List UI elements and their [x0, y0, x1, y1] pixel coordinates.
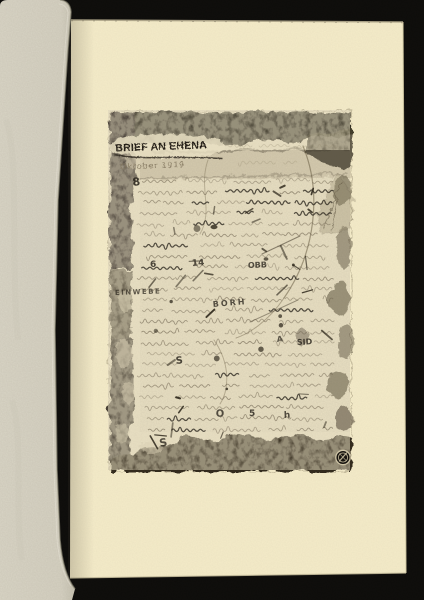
scene-canvas: BRIEF AN EHENA Oktober 1919 8614OBBEINWE…	[0, 0, 424, 600]
photo-noise	[0, 0, 424, 600]
book-photograph: BRIEF AN EHENA Oktober 1919 8614OBBEINWE…	[0, 0, 424, 600]
